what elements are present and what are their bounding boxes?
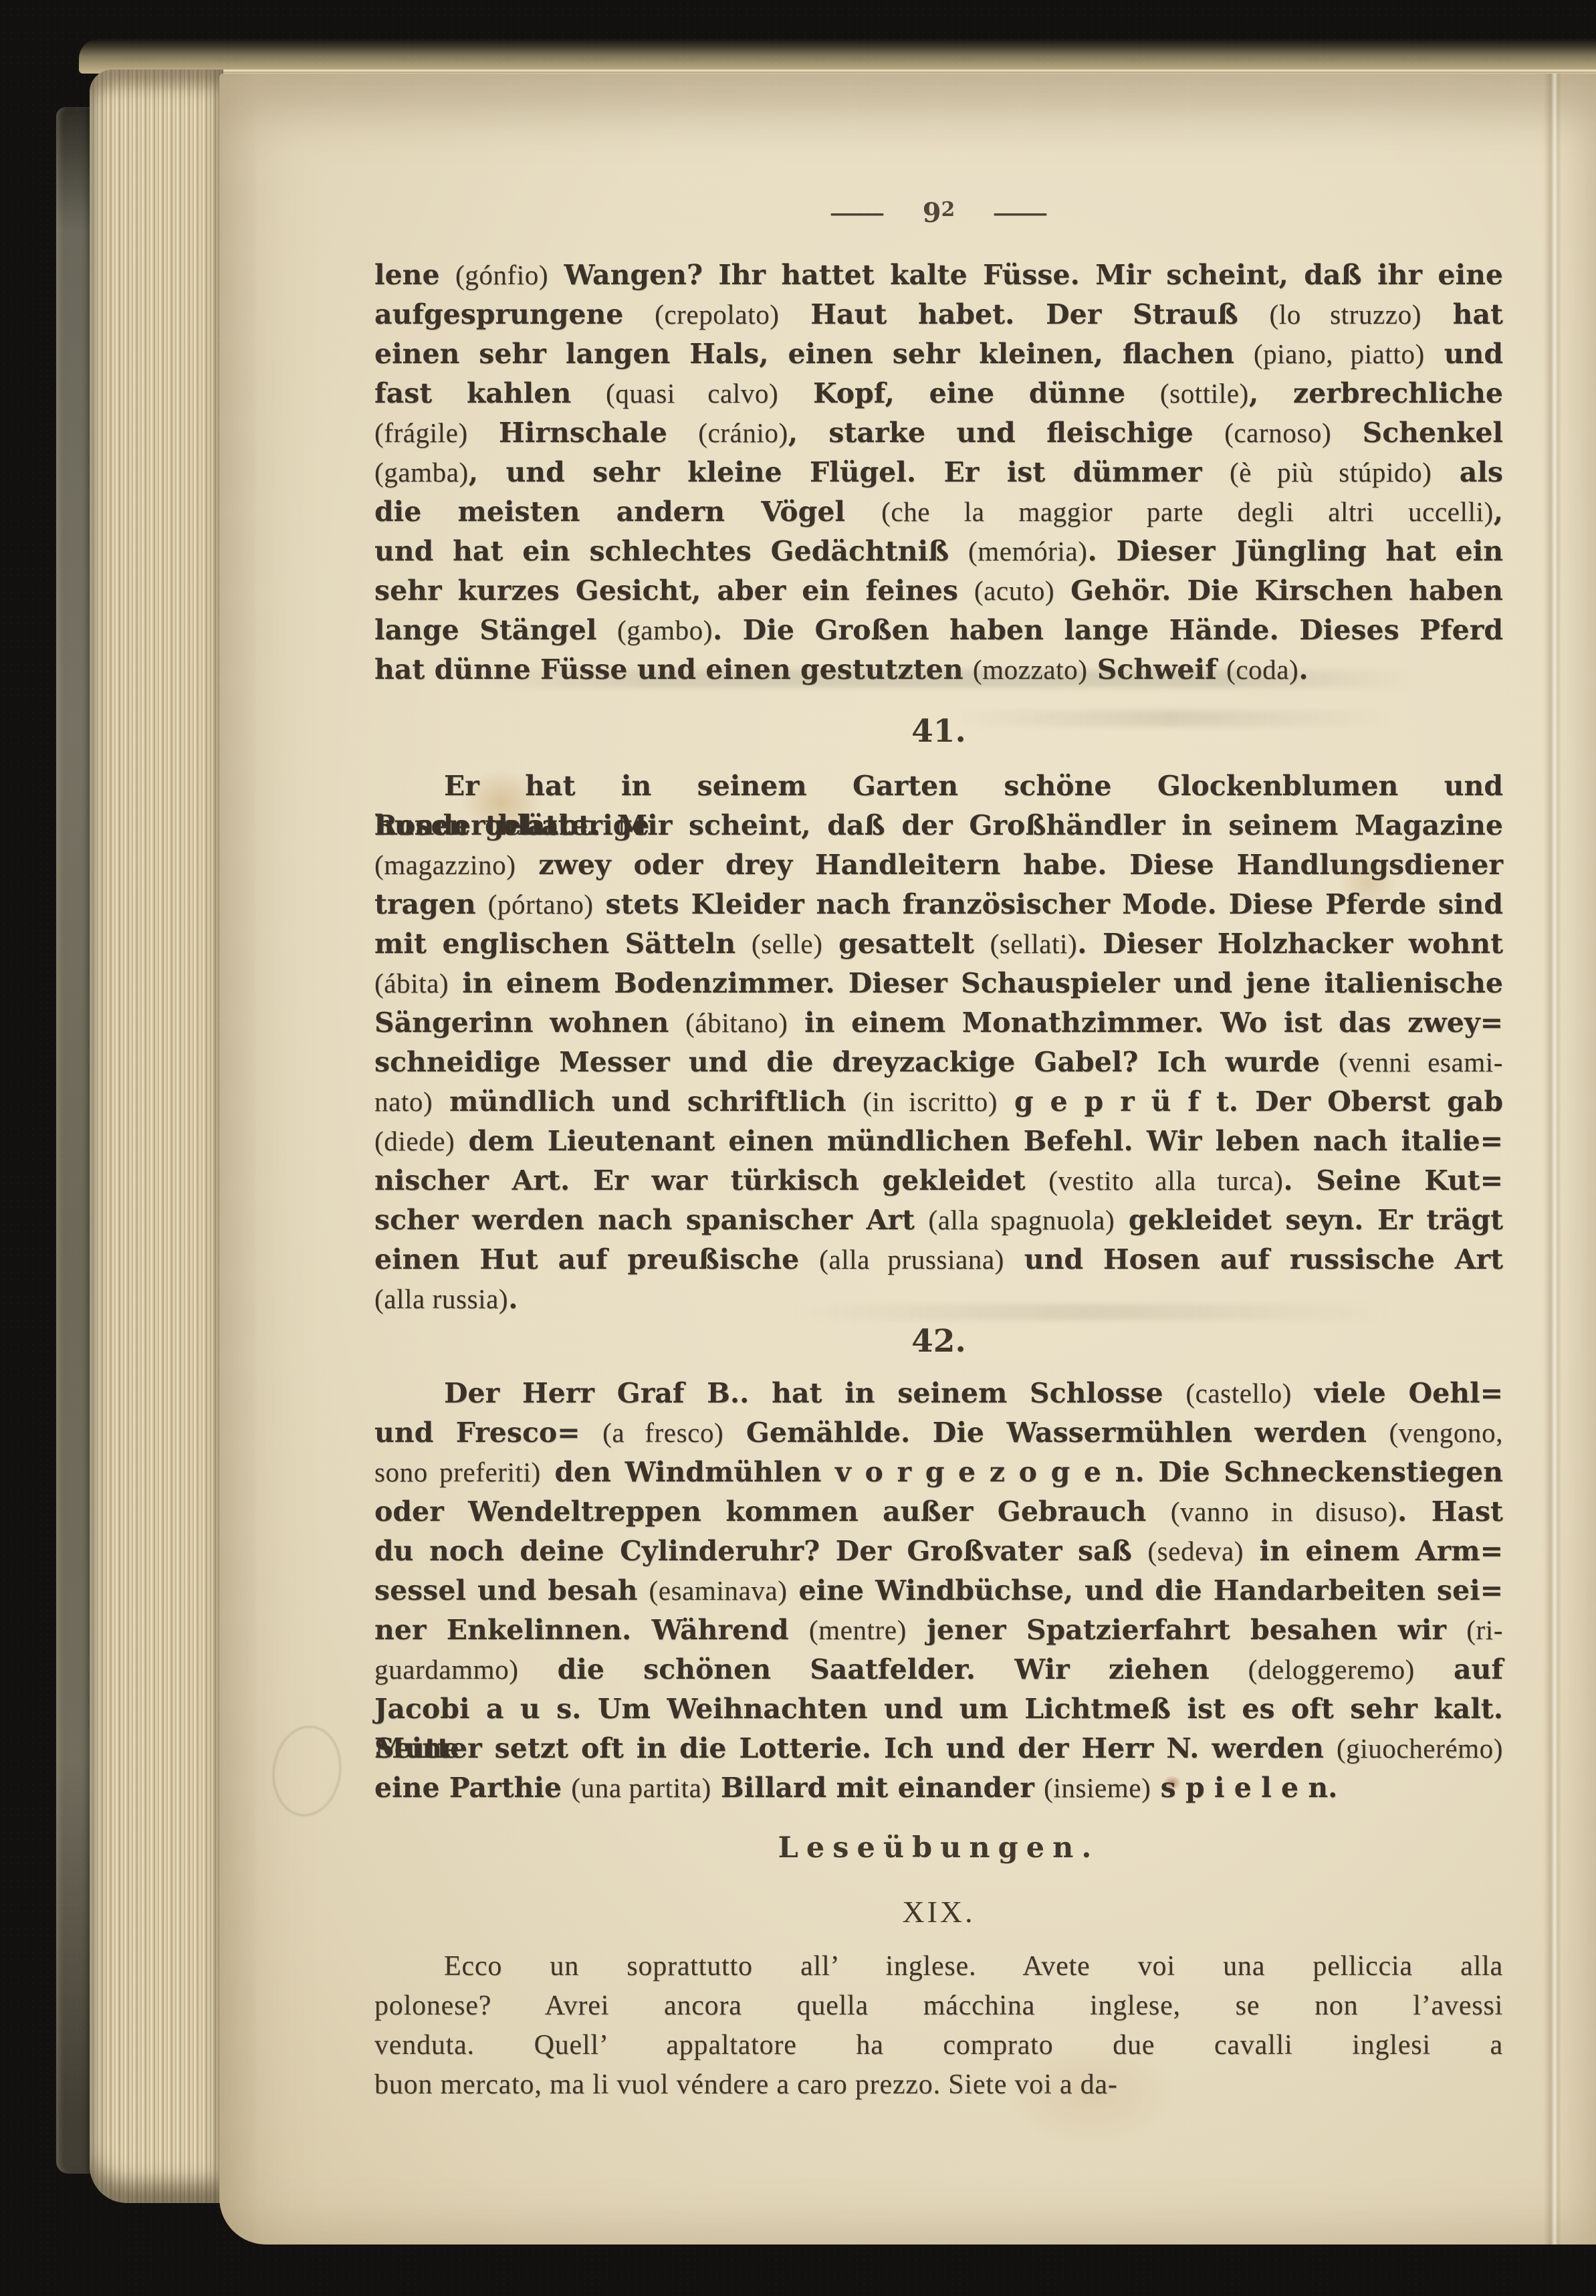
paragraph-exercise-42: Der Herr Graf B.. hat in seinem Schlosse… [374,1374,1503,1808]
page-fore-edges [90,70,223,2203]
text-line: Er hat in seinem Garten schöne Glockenbl… [374,766,1503,806]
text-line: buon mercato, ma li vuol véndere a caro … [374,2065,1503,2104]
text-line: guardammo) die schönen Saatfelder. Wir z… [374,1650,1503,1689]
section-heading-41: 41. [374,713,1503,750]
header-rule-right: — [991,201,1050,225]
book-top-edge [79,39,1596,74]
page-number-header: —92— [374,197,1503,229]
text-line: Jacobi a u s. Um Weihnachten und um Lich… [374,1689,1503,1729]
text-line: sono preferiti) den Windmühlen v o r g e… [374,1453,1503,1492]
text-line: (ábita) in einem Bodenzimmer. Dieser Sch… [374,964,1503,1003]
text-line: aufgesprungene (crepolato) Haut habet. D… [374,295,1503,334]
text-line: schneidige Messer und die dreyzackige Ga… [374,1043,1503,1082]
text-line: sehr kurzes Gesicht, aber ein feines (ac… [374,571,1503,611]
text-line: (frágile) Hirnschale (cránio), starke un… [374,413,1503,453]
text-line: einen Hut auf preußische (alla prussiana… [374,1240,1503,1279]
text-line: (gamba), und sehr kleine Flügel. Er ist … [374,453,1503,492]
paragraph-intro-continuation: lene (gónfio) Wangen? Ihr hattet kalte F… [374,255,1503,690]
page-number: 92 [923,197,955,229]
text-line: fast kahlen (quasi calvo) Kopf, eine dün… [374,374,1503,413]
text-line: und hat ein schlechtes Gedächtniß (memór… [374,532,1503,571]
book-cover-edge [56,107,92,2174]
text-line: sessel und besah (esaminava) eine Windbü… [374,1571,1503,1610]
text-line: und Fresco= (a fresco) Gemählde. Die Was… [374,1413,1503,1453]
text-line: lene (gónfio) Wangen? Ihr hattet kalte F… [374,255,1503,295]
text-line: scher werden nach spanischer Art (alla s… [374,1201,1503,1240]
section-heading-leseuebungen: Leseübungen. [374,1831,1503,1865]
photo-background: —92— lene (gónfio) Wangen? Ihr hattet ka… [0,0,1596,2296]
header-rule-left: — [828,201,887,225]
text-line: Mutter setzt oft in die Lotterie. Ich un… [374,1729,1503,1768]
section-heading-42: 42. [374,1323,1503,1360]
text-line: (alla russia). [374,1279,1503,1319]
text-line: Ecco un soprattutto all’ inglese. Avete … [374,1946,1503,1986]
text-line: polonese? Avrei ancora quella mácchina i… [374,1986,1503,2025]
text-line: einen sehr langen Hals, einen sehr klein… [374,334,1503,374]
paragraph-reading-xix: Ecco un soprattutto all’ inglese. Avete … [374,1946,1503,2104]
text-line: (diede) dem Lieutenant einen mündlichen … [374,1122,1503,1161]
text-line: ner Enkelinnen. Während (mentre) jener S… [374,1610,1503,1650]
text-line: lange Stängel (gambo). Die Großen haben … [374,611,1503,650]
text-line: mit englischen Sätteln (selle) gesattelt… [374,924,1503,964]
text-line: tragen (pórtano) stets Kleider nach fran… [374,885,1503,924]
text-line: du noch deine Cylinderuhr? Der Großvater… [374,1532,1503,1571]
text-line: eine Parthie (una partita) Billard mit e… [374,1768,1503,1808]
text-line: Der Herr Graf B.. hat in seinem Schlosse… [374,1374,1503,1413]
text-line: die meisten andern Vögel (che la maggior… [374,492,1503,532]
text-line: Sängerinn wohnen (ábitano) in einem Mona… [374,1003,1503,1043]
text-line: nato) mündlich und schriftlich (in iscri… [374,1082,1503,1122]
text-line: hat dünne Füsse und einen gestutzten (mo… [374,650,1503,690]
page-crease [1544,74,1561,2245]
section-heading-xix: XIX. [374,1894,1503,1929]
text-line: Rosen gehabt. Mir scheint, daß der Großh… [374,806,1503,845]
text-line: oder Wendeltreppen kommen außer Gebrauch… [374,1492,1503,1532]
text-line: nischer Art. Er war türkisch gekleidet (… [374,1161,1503,1201]
paragraph-exercise-41: Er hat in seinem Garten schöne Glockenbl… [374,766,1503,1319]
text-line: venduta. Quell’ appaltatore ha comprato … [374,2025,1503,2065]
text-line: (magazzino) zwey oder drey Handleitern h… [374,845,1503,885]
